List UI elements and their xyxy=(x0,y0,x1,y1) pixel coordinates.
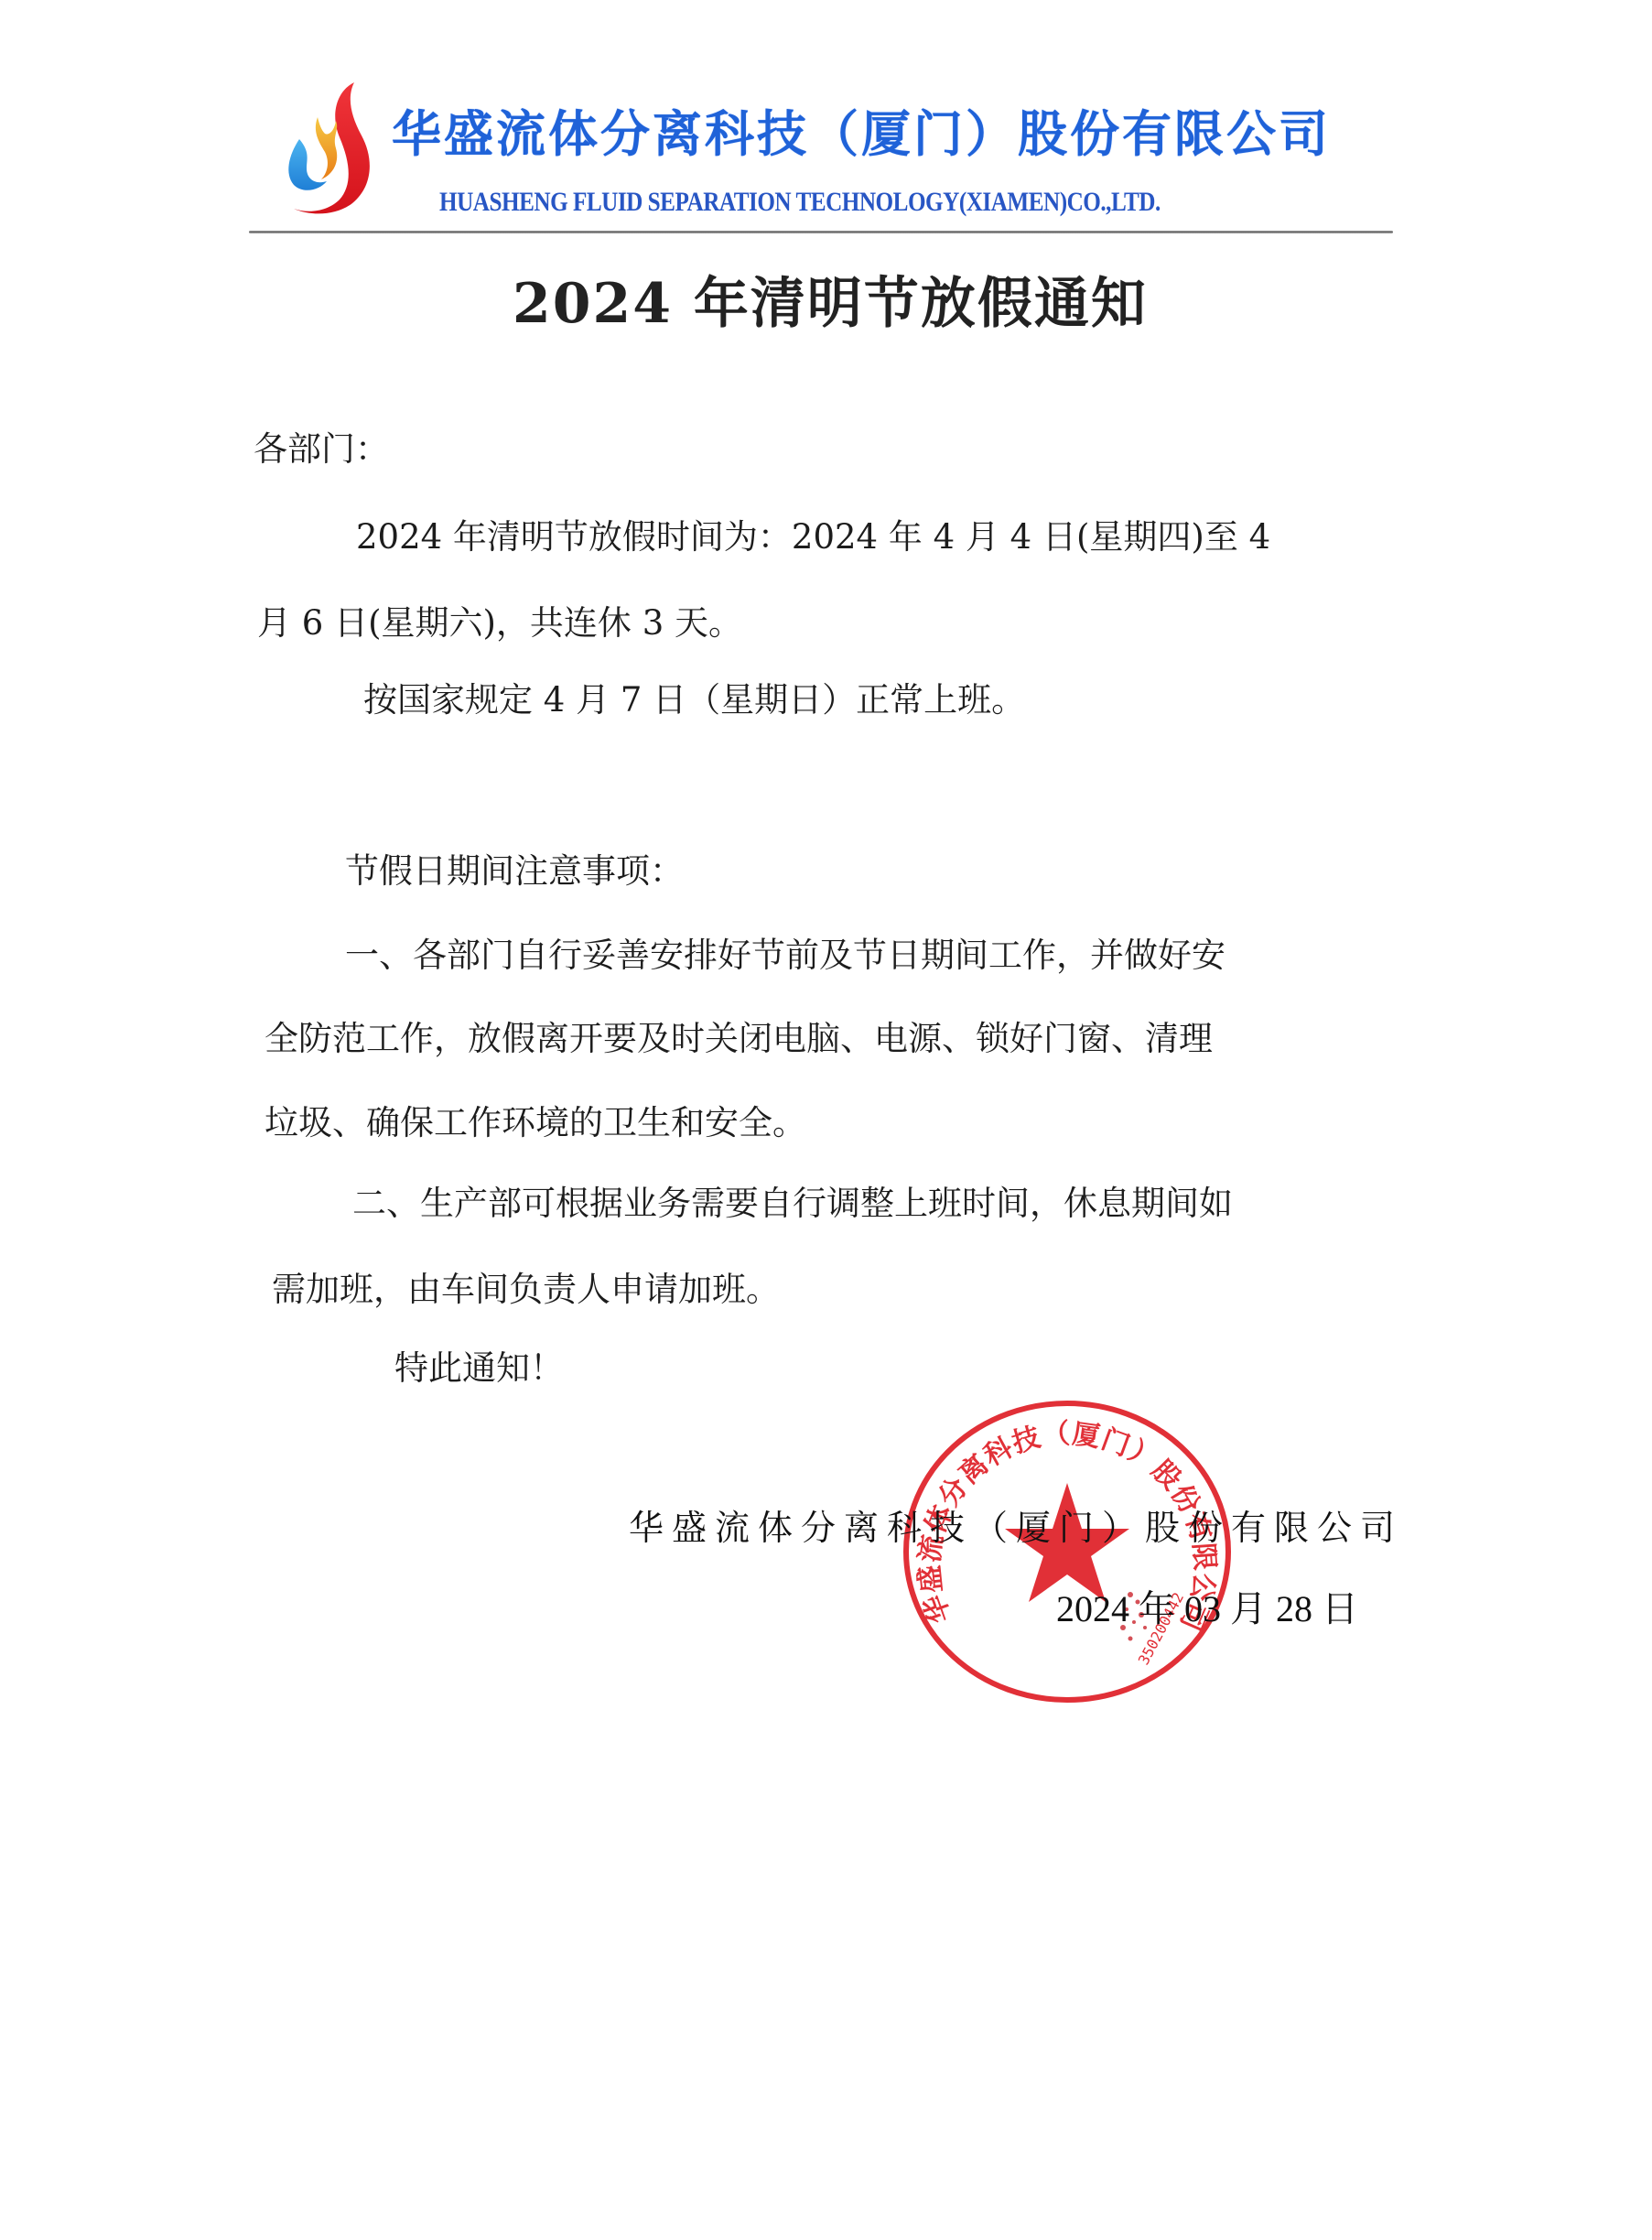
item-line: 全防范工作，放假离开要及时关闭电脑、电源、锁好门窗、清理 xyxy=(265,1011,1213,1060)
item-line: 二、生产部可根据业务需要自行调整上班时间，休息期间如 xyxy=(352,1175,1233,1225)
flame-logo-icon xyxy=(279,79,382,218)
official-seal: 华盛流体分离科技（厦门）股份有限公司 350200442 xyxy=(902,1399,1233,1704)
signature-company: 华盛流体分离科技（厦门）股份有限公司 xyxy=(629,1499,1403,1550)
document-title: 2024 年清明节放假通知 xyxy=(513,260,1148,339)
notes-heading: 节假日期间注意事项： xyxy=(345,843,684,893)
signature-date: 2024 年 03 月 28 日 xyxy=(1056,1580,1358,1632)
paragraph-line: 2024 年清明节放假时间为：2024 年 4 月 4 日(星期四)至 4 xyxy=(356,509,1270,558)
item-line: 需加班，由车间负责人申请加班。 xyxy=(272,1261,780,1311)
paragraph-line: 月 6 日(星期六)，共连休 3 天。 xyxy=(257,595,742,644)
header-divider xyxy=(249,231,1393,233)
item-line: 一、各部门自行妥善安排好节前及节日期间工作，并做好安 xyxy=(345,927,1226,977)
paragraph-line: 按国家规定 4 月 7 日（星期日）正常上班。 xyxy=(363,672,1025,721)
company-name-en: HUASHENG FLUID SEPARATION TECHNOLOGY(XIA… xyxy=(439,187,1161,218)
company-name-cn: 华盛流体分离科技（厦门）股份有限公司 xyxy=(392,95,1331,166)
closing-text: 特此通知！ xyxy=(394,1340,564,1390)
salutation: 各部门： xyxy=(254,421,389,471)
item-line: 垃圾、确保工作环境的卫生和安全。 xyxy=(265,1095,806,1144)
